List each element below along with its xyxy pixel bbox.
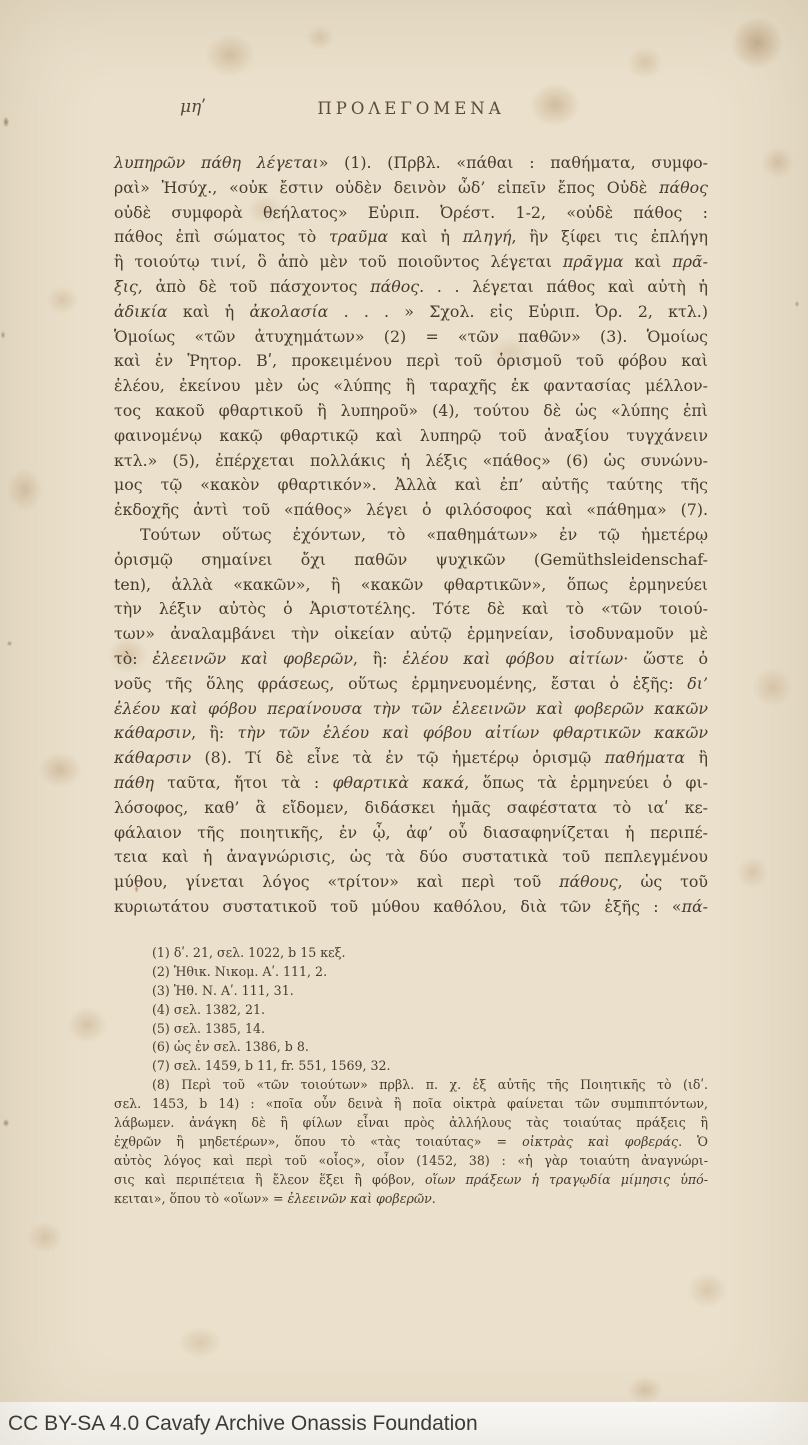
footnote-line: ἐχθρῶν ἢ μηδετέρων», ὅπου τὸ «τὰς τοιαύτ… <box>114 1133 708 1152</box>
body-line: πάθη ταῦτα, ἤτοι τὰ : φθαρτικὰ κακά, ὅπω… <box>114 771 708 796</box>
body-line: τὴν λέξιν αὐτὸς ὁ Ἀριστοτέλης. Τότε δὲ κ… <box>114 597 708 622</box>
body-line: τεια καὶ ἡ ἀναγνώρισις, ὡς τὰ δύο συστατ… <box>114 845 708 870</box>
body-line: φάλαιον τῆς ποιητικῆς, ἐν ᾧ, ἀφ’ οὗ διασ… <box>114 821 708 846</box>
body-line: Ὁμοίως «τῶν ἀτυχημάτων» (2) = «τῶν παθῶν… <box>114 325 708 350</box>
book-page-scan: μηʹ ΠΡΟΛΕΓΟΜΕΝΑ λυπηρῶν πάθη λέγεται» (1… <box>0 0 808 1445</box>
footnote-line: αὐτὸς λόγος καὶ περὶ τοῦ «οἷος», οἷον (1… <box>114 1152 708 1171</box>
footnote-line: σις καὶ περιπέτεια ἢ ἔλεον ἕξει ἢ φόβον,… <box>114 1171 708 1190</box>
footnote-line: λάβωμεν. ἀνάγκη δὲ ἢ φίλων εἶναι πρὸς ἀλ… <box>114 1114 708 1133</box>
body-line: ἢ τοιούτῳ τινί, ὃ ἀπὸ μὲν τοῦ ποιοῦντος … <box>114 250 708 275</box>
body-line: ten), ἀλλὰ «κακῶν», ἢ «κακῶν φθαρτικῶν»,… <box>114 573 708 598</box>
body-line: ξις, ἀπὸ δὲ τοῦ πάσχοντος πάθος. . . λέγ… <box>114 275 708 300</box>
body-line: ἐκδοχῆς ἀντὶ τοῦ «πάθος» λέγει ὁ φιλόσοφ… <box>114 498 708 523</box>
body-line: τὸ: ἐλεεινῶν καὶ φοβερῶν, ἢ: ἐλέου καὶ φ… <box>114 647 708 672</box>
body-line: κυριωτάτου συστατικοῦ τοῦ μύθου καθόλου,… <box>114 895 708 920</box>
body-line: κάθαρσιν (8). Τί δὲ εἶνε τὰ ἐν τῷ ἡμετέρ… <box>114 746 708 771</box>
footnote-line: (6) ὡς ἐν σελ. 1386, b 8. <box>114 1038 708 1057</box>
body-line: ἐλέου, ἐκείνου μὲν ὡς «λύπης ἢ ταραχῆς ἐ… <box>114 374 708 399</box>
body-line: λυπηρῶν πάθη λέγεται» (1). (Πρβλ. «πάθαι… <box>114 151 708 176</box>
footnote-line: (1) δʹ. 21, σελ. 1022, b 15 κεξ. <box>114 944 708 963</box>
license-text: CC BY-SA 4.0 Cavafy Archive Onassis Foun… <box>8 1412 478 1436</box>
footnote-line: (4) σελ. 1382, 21. <box>114 1001 708 1020</box>
body-line: ὁρισμῷ σημαίνει ὄχι παθῶν ψυχικῶν (Gemüt… <box>114 548 708 573</box>
footnote-line: (5) σελ. 1385, 14. <box>114 1020 708 1039</box>
body-line: οὐδὲ συμφορὰ θεήλατος» Εὐριπ. Ὀρέστ. 1-2… <box>114 201 708 226</box>
body-line: ἐλέου καὶ φόβου περαίνουσα τὴν τῶν ἐλεει… <box>114 697 708 722</box>
body-line: λόσοφος, καθ’ ἃ εἴδομεν, διδάσκει ἡμᾶς σ… <box>114 796 708 821</box>
body-line: ἀδικία καὶ ἡ ἀκολασία . . . » Σχολ. εἰς … <box>114 300 708 325</box>
footnote-line: (3) Ἠθ. Ν. Αʹ. 111, 31. <box>114 982 708 1001</box>
footnote-line: κειται», ὅπου τὸ «οἵων» = ἐλεεινῶν καὶ φ… <box>114 1190 708 1209</box>
body-line: τος κακοῦ φθαρτικοῦ ἢ λυπηροῦ» (4), τούτ… <box>114 399 708 424</box>
body-line: πάθος ἐπὶ σώματος τὸ τραῦμα καὶ ἡ πληγή,… <box>114 225 708 250</box>
license-footer: CC BY-SA 4.0 Cavafy Archive Onassis Foun… <box>0 1402 808 1445</box>
body-line: καὶ ἐν Ῥητορ. Βʹ, προκειμένου περὶ τοῦ ὁ… <box>114 349 708 374</box>
body-text: λυπηρῶν πάθη λέγεται» (1). (Πρβλ. «πάθαι… <box>114 151 708 920</box>
footnote-line: (2) Ἠθικ. Νικομ. Αʹ. 111, 2. <box>114 963 708 982</box>
body-line: των» ἀναλαμβάνει τὴν οἰκείαν αὐτῷ ἑρμηνε… <box>114 622 708 647</box>
body-line: Τούτων οὕτως ἐχόντων, τὸ «παθημάτων» ἐν … <box>114 523 708 548</box>
footnote-line: (7) σελ. 1459, b 11, fr. 551, 1569, 32. <box>114 1057 708 1076</box>
body-line: μύθου, γίνεται λόγος «τρίτον» καὶ περὶ τ… <box>114 870 708 895</box>
running-title: ΠΡΟΛΕΓΟΜΕΝΑ <box>114 99 708 118</box>
body-line: ραὶ» Ἡσύχ., «οὐκ ἔστιν οὐδὲν δεινὸν ὧδ’ … <box>114 176 708 201</box>
body-line: κάθαρσιν, ἢ: τὴν τῶν ἐλέου καὶ φόβου αἰτ… <box>114 721 708 746</box>
body-line: μος τῷ «κακὸν φθαρτικόν». Ἀλλὰ καὶ ἐπ’ α… <box>114 473 708 498</box>
body-line: κτλ.» (5), ἐπέρχεται πολλάκις ἡ λέξις «π… <box>114 449 708 474</box>
body-line: φαινομένῳ κακῷ φθαρτικῷ καὶ λυπηρῷ τοῦ ἀ… <box>114 424 708 449</box>
footnote-line: σελ. 1453, b 14) : «ποῖα οὖν δεινὰ ἢ ποῖ… <box>114 1095 708 1114</box>
footnote-line: (8) Περὶ τοῦ «τῶν τοιούτων» πρβλ. π. χ. … <box>114 1076 708 1095</box>
footnotes: (1) δʹ. 21, σελ. 1022, b 15 κεξ.(2) Ἠθικ… <box>114 944 708 1208</box>
body-line: νοῦς τῆς ὅλης φράσεως, οὕτως ἑρμηνευομέν… <box>114 672 708 697</box>
